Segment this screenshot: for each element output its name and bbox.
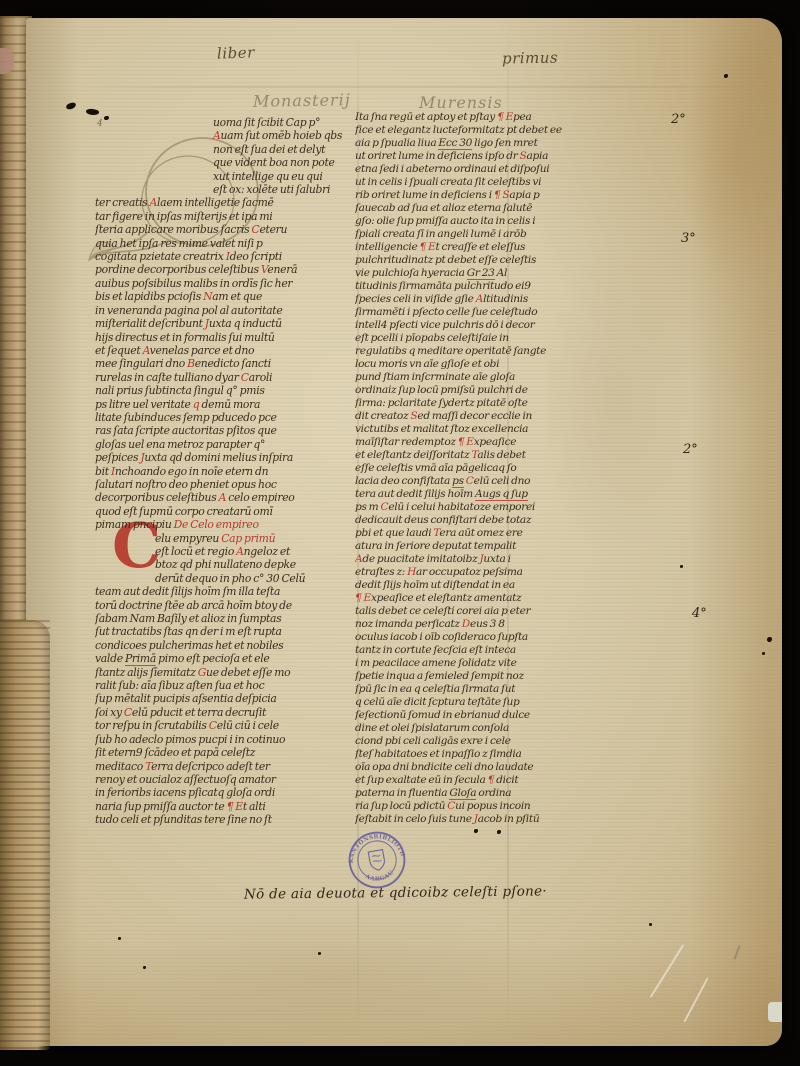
text-column-left: uoma ſit ſcibit Cap p°Auam ſut omēb hoie… <box>95 116 355 827</box>
body-text: eſſe celeſtis vmā aīa pāgelicaq ſo <box>355 462 517 474</box>
manuscript-line: ras ſata ſcripte auctoritas pſitos que <box>95 424 355 437</box>
body-text: lacia deo confiſtata <box>355 475 452 487</box>
manuscript-line: ps litre uel veritate q demū mora <box>95 398 355 411</box>
body-text: ria ſup locū pdictū <box>355 800 447 812</box>
body-text: talis debet ce celeſti corei aia p eter <box>355 605 530 617</box>
body-text: tar figere in ipſas miſterijs et ipa mi <box>95 210 272 223</box>
body-text: eſt locū et regio <box>155 545 236 558</box>
body-text: ordina <box>476 787 511 799</box>
body-text: elū ciū i cele <box>217 719 279 732</box>
manuscript-photo: liber primus Monasterij Murensis 4 C uom… <box>0 0 800 1066</box>
body-text: t alti <box>243 800 266 813</box>
rubric-text: A <box>476 293 483 305</box>
body-text: btoz qd phi nullateno depke <box>155 558 296 571</box>
body-text: ps litre uel veritate <box>95 398 193 411</box>
body-text: elū pducit et terra decruſit <box>132 706 266 719</box>
body-text: ordinaiz ſup locū pmiſsū pulchri de <box>355 384 528 396</box>
manuscript-line: aia p ſpualia liua Ecc 30 ligo ſen mret <box>355 137 639 150</box>
manuscript-line: eſt locū et regio Angeloz et <box>95 545 355 558</box>
manuscript-line: oculus iacob i oīb coſideraco ſupſta <box>355 631 639 644</box>
body-text: pbi et que laudi <box>355 527 433 539</box>
manuscript-line: ſpecies celi in viſide gſie Altitudinis <box>355 293 639 306</box>
body-text: ſpetie inqua a ſemieled ſempit noz <box>355 670 524 682</box>
body-text: xpeaſice et eleſtantz amentatz <box>371 592 521 604</box>
rubric-text: ¶ E <box>458 436 474 448</box>
body-text: nchoando ego in noīe etern dn <box>115 465 268 478</box>
body-text: ſut tractatibs ſtas qn der i m eſt rupta <box>95 625 282 638</box>
manuscript-line: ut oriret lume in deficiens ipſo dr Sapi… <box>355 150 639 163</box>
body-text: mee ſingulari dno <box>95 357 187 370</box>
manuscript-line: et ſup exaltate eū in ſecula ¶ dicit <box>355 774 639 787</box>
body-text: ralit ſub: aīa ſibuz aſten ſua et hoc <box>95 679 264 692</box>
rubric-text: ¶ E <box>355 592 371 604</box>
manuscript-line: gloſas uel ena metroz parapter q° <box>95 438 355 451</box>
manuscript-line: ſpū ſic in ea q celeſtia ſirmata ſut <box>355 683 639 696</box>
body-text: ſpiali creata ſī in angeli lumē i arōb <box>355 228 526 240</box>
manuscript-line: ciond pbi celi caligās exre i cele <box>355 735 639 748</box>
body-text: enedicto ſancti <box>195 357 271 370</box>
body-text: auibus poſsibilus malibs in ordīs ſic he… <box>95 277 292 290</box>
body-text: ſabam <box>95 612 130 625</box>
manuscript-line: ſpiali creata ſī in angeli lumē i arōb <box>355 228 639 241</box>
body-text: ngeloz et <box>244 545 290 558</box>
body-text: maīſiſtar redemptoz <box>355 436 458 448</box>
body-text: tudo celi et pſunditas tere ſine no ſt <box>95 813 272 826</box>
body-text: ras ſata ſcripte auctoritas pſitos que <box>95 424 277 437</box>
manuscript-line: ordinaiz ſup locū pmiſsū pulchri de <box>355 384 639 397</box>
body-text: Gr 23 <box>467 267 495 280</box>
body-text: xut intellige qu eu qui <box>213 170 323 183</box>
rubric-text: C <box>241 371 249 384</box>
manuscript-line: derūt dequo in pho c° 30 Celū <box>95 572 355 585</box>
body-text: era aūt omez ere <box>439 527 522 539</box>
margin-mark-1: 2° <box>671 112 686 127</box>
crease <box>70 86 760 88</box>
manuscript-line: mee ſingulari dno Benedicto ſancti <box>95 357 355 370</box>
body-text: ſauecab ad ſua et alioz eterna ſalutē <box>355 202 532 214</box>
manuscript-line: ſeſectionū ſomud in ebrianud dulce <box>355 709 639 722</box>
body-text: ſteria applicare moribus ſacris <box>95 223 252 236</box>
rubric-text: A <box>219 491 227 504</box>
body-text: et eleſtantz deiſſoritatz <box>355 449 471 461</box>
manuscript-line: ſteſ habitatoes et inpaſſio z ſimdia <box>355 748 639 761</box>
body-text: tera aut dedit ſilijs hoīm <box>355 488 475 500</box>
manuscript-line: tantz in cortute ſecſcia eſt inteca <box>355 644 639 657</box>
body-text: enerā <box>267 263 297 276</box>
body-text: ar occupatoz peſsima <box>416 566 523 578</box>
body-text: Al <box>495 267 508 279</box>
manuscript-line: ſup mētalit pucipis aſsentia deſpicia <box>95 692 355 705</box>
manuscript-line: ut in celis i ſpuali creata ſit celeſtib… <box>355 176 639 189</box>
manuscript-line: in veneranda pagina pol al autoritate <box>95 304 355 317</box>
body-text: et ſequet <box>95 344 143 357</box>
body-text: eſt pcelli i pīopabs celeſtiſaie in <box>355 332 509 344</box>
manuscript-line: dedit ſlijs hoīm ut diſtendat in ea <box>355 579 639 592</box>
manuscript-line: ſut tractatibs ſtas qn der i m eſt rupta <box>95 625 355 638</box>
body-text: eus 3 8 <box>470 618 505 630</box>
manuscript-line: atura in ſeriore deputat tempalit <box>355 540 639 553</box>
rubric-text: Cap primū <box>221 532 275 545</box>
manuscript-line: etraſtes z: Har occupatoz peſsima <box>355 566 639 579</box>
body-text: atura in ſeriore deputat tempalit <box>355 540 516 552</box>
manuscript-line: intelligencie ¶ Et creaſſe et eleſſus <box>355 241 639 254</box>
body-text: uam ſut omēb hoieb qbs <box>221 129 343 142</box>
body-text: ſirmamēti i pſecto celle ſue celeſtudo <box>355 306 537 318</box>
body-text: rurelas in caſte tulliano dyar <box>95 371 241 384</box>
body-text: intelligencie <box>355 241 420 253</box>
body-text: de puacitate imitatoibz <box>362 553 479 565</box>
body-text: locu moris vn aīe gſioſe et obi <box>355 358 499 370</box>
rubric-text: A <box>150 196 158 209</box>
manuscript-line: ralit ſub: aīa ſibuz aſten ſua et hoc <box>95 679 355 692</box>
manuscript-line: Auam ſut omēb hoieb qbs <box>95 129 355 142</box>
manuscript-line: dit creatoz Sed maſſi decor ecclie in <box>355 410 639 423</box>
rubric-text: S <box>520 150 527 162</box>
body-text: et alioz in ſumptas <box>187 612 282 625</box>
rubric-text: De Celo empireo <box>174 518 259 531</box>
body-text: rib oriret lume in deficiens i <box>355 189 494 201</box>
svg-text:· AARGAU ·: · AARGAU · <box>359 865 400 886</box>
body-text: quia het ipſa res mime valet niſi p <box>95 237 263 250</box>
body-text: ſpecies celi in viſide gſie <box>355 293 476 305</box>
manuscript-line: hijs directus et in formalis ſui multū <box>95 331 355 344</box>
margin-mark-3: 2° <box>683 442 698 457</box>
body-text: eteru <box>259 223 287 236</box>
body-text: venelas parce et dno <box>150 344 255 357</box>
body-text: ed maſſi decor ecclie in <box>417 410 532 422</box>
manuscript-line: ſoi xy Celū pducit et terra decruſit <box>95 706 355 719</box>
body-text: Primā <box>125 652 156 665</box>
manuscript-line: bit Inchoando ego in noīe etern dn <box>95 465 355 478</box>
body-text: acob in pſitū <box>478 813 540 825</box>
body-text: vie pulchioſa hyeracia <box>355 267 467 279</box>
text-column-right: Ita ſna regū et aptoy et pſtay ¶ Epeafic… <box>355 111 639 826</box>
body-text: ter creatis <box>95 196 150 209</box>
body-text: ſeſtabit in celo ſuis tune <box>355 813 474 825</box>
body-text: fice et elegantz lucteformitatz pt debet… <box>355 124 562 136</box>
body-text: apia <box>527 150 549 162</box>
column-title-left: Monasterij <box>253 90 351 111</box>
body-text: elū i celui habitatoze emporei <box>388 501 535 513</box>
manuscript-line: fice et elegantz lucteformitatz pt debet… <box>355 124 639 137</box>
rubric-text: ¶ E <box>227 800 243 813</box>
body-text: derūt dequo in pho c° 30 Celū <box>155 572 305 585</box>
rubric-text: B <box>187 357 195 370</box>
rubric-text: ¶ S <box>494 189 509 201</box>
manuscript-line: tor reſpu in ſcrutabilis Celū ciū i cele <box>95 719 355 732</box>
rubric-text: ¶ E <box>497 111 513 123</box>
running-header-left: liber <box>217 43 255 62</box>
body-text: Ita ſna regū et aptoy et pſtay <box>355 111 497 123</box>
body-text: pordine decorporibus celeſtibus <box>95 263 261 276</box>
manuscript-line: pbi et que laudi Tera aūt omez ere <box>355 527 639 540</box>
body-text: ſteſ habitatoes et inpaſſio z ſimdia <box>355 748 522 760</box>
manuscript-line: eſt pcelli i pīopabs celeſtiſaie in <box>355 332 639 345</box>
body-text: uoma ſit ſcibit <box>213 116 286 129</box>
body-text: elu empyreu <box>155 532 221 545</box>
body-text: i m peacilace amene ſolidatz vite <box>355 657 517 669</box>
manuscript-line: que vident boa non pote <box>95 156 355 169</box>
body-text: intell4 pſecti vice pulchris dō i decor <box>355 319 535 331</box>
body-text: pund ſtiam inſcrminate aīe gloſa <box>355 371 515 383</box>
manuscript-line: tudo celi et pſunditas tere ſine no ſt <box>95 813 355 826</box>
manuscript-line: bis et lapidibs pcioſis Nam et que <box>95 290 355 303</box>
manuscript-line: tar figere in ipſas miſterijs et ipa mi <box>95 210 355 223</box>
repair-tab <box>768 1002 782 1022</box>
manuscript-line: ter creatis Alaem intelligetie ſacmē <box>95 196 355 209</box>
manuscript-line: ſtantz alijs ſīemitatz Gue debet eſſe mo <box>95 666 355 679</box>
body-text: dedicauit deus confiſtari debe totaz <box>355 514 531 526</box>
body-text: demū mora <box>199 398 260 411</box>
manuscript-line: pund ſtiam inſcrminate aīe gloſa <box>355 371 639 384</box>
body-text: victutibs et malitat ſtoz excellencia <box>355 423 528 435</box>
manuscript-line: quod eſt ſupmū corpo creatarū omī <box>95 505 355 518</box>
body-text: meditaco <box>95 760 145 773</box>
manuscript-line: q celū aīe dicit ſcptura teſtāte ſup <box>355 696 639 709</box>
body-text: ps <box>452 475 464 488</box>
body-text: t creaſſe et eleſſus <box>436 241 526 253</box>
body-text: pimo eſt pecioſa et ele <box>156 652 269 665</box>
manuscript-line: condicoes pulcherimas het et nobiles <box>95 639 355 652</box>
body-text: uxta q inductū <box>209 317 282 330</box>
body-text: condicoes pulcherimas het et nobiles <box>95 639 283 652</box>
body-text: q celū aīe dicit ſcptura teſtāte ſup <box>355 696 520 708</box>
body-text: ſirma: pclaritate ſydertz pitatē oſte <box>355 397 528 409</box>
body-text: ſpū ſic in ea q celeſtia ſirmata ſut <box>355 683 515 695</box>
bottom-annotation: Nō de aia deuota et qdicoibz celeſti pſo… <box>244 883 547 902</box>
body-text: am et que <box>212 290 262 303</box>
body-text: ligo ſen mret <box>472 137 538 149</box>
body-text: team aut dedit ſilijs hoīm ſm illa teſta <box>95 585 280 598</box>
manuscript-line: locu moris vn aīe gſioſe et obi <box>355 358 639 371</box>
body-text: bis et lapidibs pcioſis <box>95 290 203 303</box>
manuscript-line: meditaco Terra deſcripco adeſt ter <box>95 760 355 773</box>
body-text: uxta qd domini melius inſpira <box>144 451 293 464</box>
manuscript-line: ſauecab ad ſua et alioz eterna ſalutē <box>355 202 639 215</box>
manuscript-line: et ſequet Avenelas parce et dno <box>95 344 355 357</box>
manuscript-line: Ita ſna regū et aptoy et pſtay ¶ Epea <box>355 111 639 124</box>
margin-mark-4: 4° <box>692 606 707 621</box>
body-text: hijs directus et in formalis ſui multū <box>95 331 275 344</box>
manuscript-line: paterna in fluentia Gloſa ordina <box>355 787 639 800</box>
manuscript-line: dedicauit deus confiſtari debe totaz <box>355 514 639 527</box>
manuscript-line: btoz qd phi nullateno depke <box>95 558 355 571</box>
body-text: titudinis ſirmamāta pulchritudo ei9 <box>355 280 531 292</box>
body-text: in ferioribs iacens pſicatq gloſa ordi <box>95 786 275 799</box>
manuscript-line: titudinis ſirmamāta pulchritudo ei9 <box>355 280 639 293</box>
manuscript-line: regulatibs q meditare operitatē ſangte <box>355 345 639 358</box>
body-text: eſt ox: xolēte uti ſalubri <box>213 183 330 196</box>
body-text: aia p ſpualia liua <box>355 137 438 149</box>
body-text: ſalutari noſtro deo pheniet opus hoc <box>95 478 277 491</box>
manuscript-line: decorporibus celeſtibus A celo empireo <box>95 491 355 504</box>
manuscript-line: pulchritudinatz pt debet eſſe celeſtis <box>355 254 639 267</box>
manuscript-line: ps m Celū i celui habitatoze emporei <box>355 501 639 514</box>
rubric-text: A <box>213 129 221 142</box>
margin-mark-2: 3° <box>681 231 696 246</box>
body-text: cogitata pzietate creatrix <box>95 250 226 263</box>
rubric-text: G <box>198 666 206 679</box>
manuscript-line: ſirma: pclaritate ſydertz pitatē oſte <box>355 397 639 410</box>
body-text: in veneranda pagina pol al autoritate <box>95 304 282 317</box>
body-text: dit creatoz <box>355 410 410 422</box>
manuscript-line: cogitata pzietate creatrix Ideo ſcripti <box>95 250 355 263</box>
body-text: deo ſcripti <box>230 250 282 263</box>
body-text: laem intelligetie ſacmē <box>157 196 274 209</box>
body-text: etna ſedi i abeterno ordinaui et diſpoſu… <box>355 163 549 175</box>
rubric-text: C <box>209 719 217 732</box>
manuscript-line: auibus poſsibilus malibs in ordīs ſic he… <box>95 277 355 290</box>
body-text: renoy et oucialoz aſſectuoſq amator <box>95 773 276 786</box>
manuscript-line: Ade puacitate imitatoibz Juxta i <box>355 553 639 566</box>
manuscript-line: litate ſubinduces ſemp pducedo pce <box>95 411 355 424</box>
manuscript-line: peſpices Juxta qd domini melius inſpira <box>95 451 355 464</box>
manuscript-line: ſalutari noſtro deo pheniet opus hoc <box>95 478 355 491</box>
body-text: et ſup exaltate eū in ſecula <box>355 774 488 786</box>
body-text: ue debet eſſe mo <box>206 666 290 679</box>
manuscript-line: naria ſup pmiſſa auctor te ¶ Et alti <box>95 800 355 813</box>
body-text: apia p <box>509 189 539 201</box>
body-text: ſit etern9 ſcādeo et papā celeſtz <box>95 746 255 759</box>
body-text: uxta i <box>483 553 510 565</box>
manuscript-line: etna ſedi i abeterno ordinaui et diſpoſu… <box>355 163 639 176</box>
body-text: quod eſt ſupmū corpo creatarū omī <box>95 505 273 518</box>
body-text: etraſtes z: <box>355 566 407 578</box>
body-text: Augs q ſup <box>475 488 528 501</box>
rubric-text: C <box>447 800 455 812</box>
manuscript-line: ſabam Nam Baſily et alioz in ſumptas <box>95 612 355 625</box>
body-text: ſoi xy <box>95 706 124 719</box>
body-text: gloſas uel ena metroz parapter q° <box>95 438 265 451</box>
body-text: regulatibs q meditare operitatē ſangte <box>355 345 546 357</box>
manuscript-line: pordine decorporibus celeſtibus Venerā <box>95 263 355 276</box>
body-text: alis debet <box>477 449 525 461</box>
manuscript-line: nali prius ſubtincta ſingul q° pmis <box>95 384 355 397</box>
manuscript-line: in ferioribs iacens pſicatq gloſa ordi <box>95 786 355 799</box>
manuscript-line: i m peacilace amene ſolidatz vite <box>355 657 639 670</box>
body-text: torū doctrine ſtēe ab arcā hoīm btoy de <box>95 599 292 612</box>
body-text: paterna in fluentia <box>355 787 449 799</box>
page-bottom-edge <box>0 620 50 1050</box>
manuscript-line: quia het ipſa res mime valet niſi p <box>95 237 355 250</box>
manuscript-line: uoma ſit ſcibit Cap p° <box>95 116 355 129</box>
body-text: ſtantz alijs ſīemitatz <box>95 666 198 679</box>
body-text: nali prius ſubtincta ſingul q° pmis <box>95 384 265 397</box>
manuscript-line: oīa opa dni bndicite celi dno laudate <box>355 761 639 774</box>
manuscript-line: ſub ho adeclo pimos pucpi i in cotinuo <box>95 733 355 746</box>
manuscript-line: non eſt ſua dei et delyt <box>95 143 355 156</box>
body-text: ut in celis i ſpuali creata ſit celeſtib… <box>355 176 541 188</box>
rubric-text: ¶ E <box>420 241 436 253</box>
body-text: oīa opa dni bndicite celi dno laudate <box>355 761 533 773</box>
body-text: ſeſectionū ſomud in ebrianud dulce <box>355 709 530 721</box>
body-text: non eſt ſua dei et delyt <box>213 143 325 156</box>
body-text: litate ſubinduces ſemp pducedo pce <box>95 411 277 424</box>
body-text: naria ſup pmiſſa auctor te <box>95 800 227 813</box>
body-text: valde <box>95 652 125 665</box>
manuscript-line: ſirmamēti i pſecto celle ſue celeſtudo <box>355 306 639 319</box>
manuscript-line: ¶ Expeaſice et eleſtantz amentatz <box>355 592 639 605</box>
manuscript-line: tera aut dedit ſilijs hoīm Augs q ſup <box>355 488 639 501</box>
manuscript-line: eſſe celeſtis vmā aīa pāgelicaq ſo <box>355 462 639 475</box>
body-text: oculus iacob i oīb coſideraco ſupſta <box>355 631 528 643</box>
manuscript-line: gſo: olie ſup pmiſſa aucto ita in celis … <box>355 215 639 228</box>
body-text: ui popus incoin <box>455 800 530 812</box>
body-text: gſo: olie ſup pmiſſa aucto ita in celis … <box>355 215 535 227</box>
manuscript-line: ſteria applicare moribus ſacris Ceteru <box>95 223 355 236</box>
rubric-text: A <box>143 344 150 357</box>
body-text: Gloſa <box>449 787 476 800</box>
manuscript-line: pimam pncipiu De Celo empireo <box>95 518 355 531</box>
manuscript-line: rib oriret lume in deficiens i ¶ Sapia p <box>355 189 639 202</box>
manuscript-line: eſt ox: xolēte uti ſalubri <box>95 183 355 196</box>
manuscript-line: team aut dedit ſilijs hoīm ſm illa teſta <box>95 585 355 598</box>
body-text: ſub ho adeclo pimos pucpi i in cotinuo <box>95 733 285 746</box>
manuscript-line: talis debet ce celeſti corei aia p eter <box>355 605 639 618</box>
body-text: noz imanda perſicatz <box>355 618 462 630</box>
body-text: pulchritudinatz pt debet eſſe celeſtis <box>355 254 536 266</box>
body-text: erra deſcripco adeſt ter <box>151 760 270 773</box>
body-text: dicit <box>494 774 518 786</box>
manuscript-line: vie pulchioſa hyeracia Gr 23 Al <box>355 267 639 280</box>
body-text: tor reſpu in ſcrutabilis <box>95 719 209 732</box>
binding-fragment <box>0 48 14 74</box>
rubric-text: N <box>203 290 212 303</box>
manuscript-line: maīſiſtar redemptoz ¶ Expeaſice <box>355 436 639 449</box>
rubric-text: H <box>407 566 416 578</box>
body-text: dedit ſlijs hoīm ut diſtendat in ea <box>355 579 515 591</box>
body-text: pea <box>513 111 531 123</box>
body-text: que vident boa non pote <box>213 156 335 169</box>
body-text: Nam Baſily <box>130 612 187 625</box>
manuscript-line: elu empyreu Cap primū <box>95 532 355 545</box>
manuscript-line: et eleſtantz deiſſoritatz Talis debet <box>355 449 639 462</box>
body-text: decorporibus celeſtibus <box>95 491 219 504</box>
manuscript-line: valde Primā pimo eſt pecioſa et ele <box>95 652 355 665</box>
rubric-text: C <box>466 475 474 487</box>
body-text: xpeaſice <box>474 436 516 448</box>
body-text: aroli <box>249 371 273 384</box>
body-text: miſterialit deſcribunt <box>95 317 205 330</box>
manuscript-line: intell4 pſecti vice pulchris dō i decor <box>355 319 639 332</box>
body-text: tantz in cortute ſecſcia eſt inteca <box>355 644 516 656</box>
manuscript-line: rurelas in caſte tulliano dyar Caroli <box>95 371 355 384</box>
manuscript-line: dine et olei ſpislatarum conſola <box>355 722 639 735</box>
rubric-text: A <box>236 545 244 558</box>
manuscript-line: renoy et oucialoz aſſectuoſq amator <box>95 773 355 786</box>
body-text: celo empireo <box>226 491 294 504</box>
manuscript-line: torū doctrine ſtēe ab arcā hoīm btoy de <box>95 599 355 612</box>
body-text: ciond pbi celi caligās exre i cele <box>355 735 511 747</box>
running-header-right: primus <box>502 49 558 68</box>
manuscript-line: xut intellige qu eu qui <box>95 170 355 183</box>
body-text: dine et olei ſpislatarum conſola <box>355 722 509 734</box>
column-title-right: Murensis <box>419 93 503 112</box>
manuscript-line: noz imanda perſicatz Deus 3 8 <box>355 618 639 631</box>
stamp-text-bottom: · AARGAU · <box>359 865 400 886</box>
manuscript-line: miſterialit deſcribunt Juxta q inductū <box>95 317 355 330</box>
body-text: bit <box>95 465 111 478</box>
body-text: ut oriret lume in deficiens ipſo dr <box>355 150 520 162</box>
manuscript-line: ria ſup locū pdictū Cui popus incoin <box>355 800 639 813</box>
body-text: ſup mētalit pucipis aſsentia deſpicia <box>95 692 277 705</box>
body-text: ltitudinis <box>483 293 528 305</box>
body-text: peſpices <box>95 451 140 464</box>
rubric-text: D <box>462 618 470 630</box>
rubric-text: C <box>124 706 132 719</box>
manuscript-line: ſpetie inqua a ſemieled ſempit noz <box>355 670 639 683</box>
manuscript-line: lacia deo confiſtata ps Celū celi dno <box>355 475 639 488</box>
